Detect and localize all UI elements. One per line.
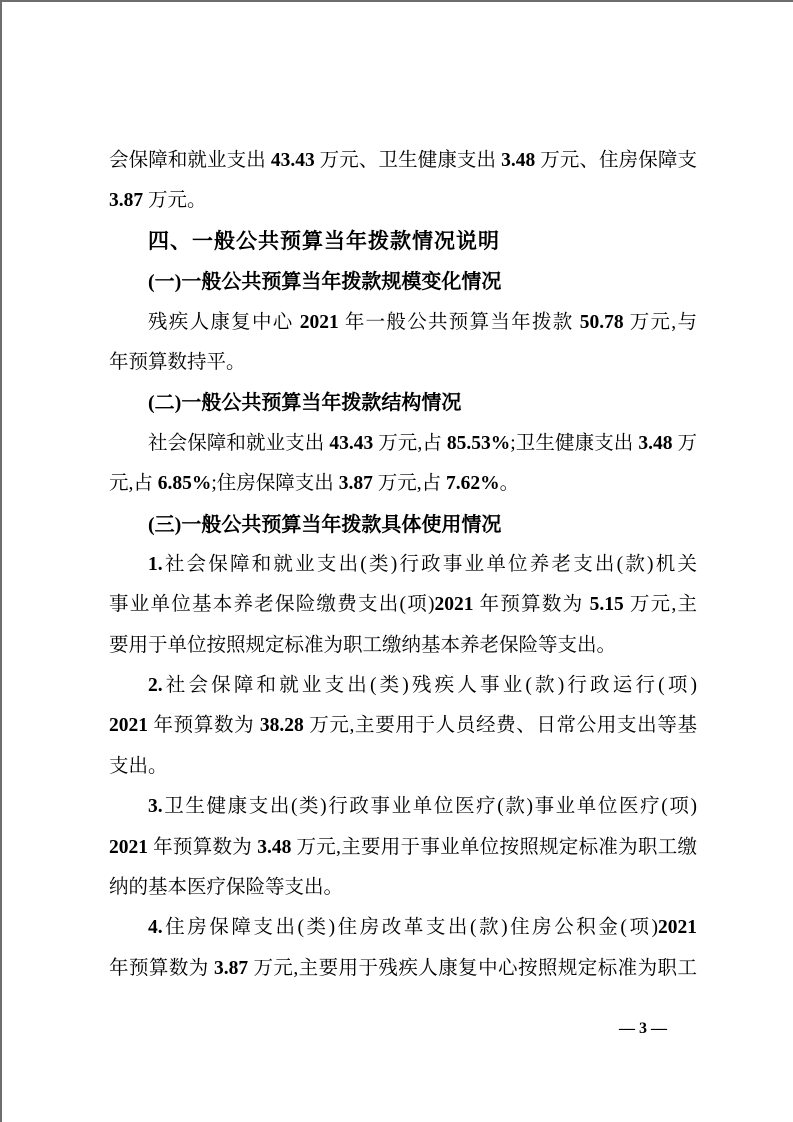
text-line: 2021 年预算数为 38.28 万元,主要用于人员经费、日常公用支出等基本 (109, 706, 697, 746)
text-line: 4.住房保障支出(类)住房改革支出(款)住房公积金(项)2021 (109, 908, 697, 948)
numeric-value: 3.48 (638, 433, 672, 454)
numeric-value: 6.85% (158, 473, 212, 494)
numeric-value: 43.43 (271, 150, 315, 171)
numeric-value: 1. (148, 554, 163, 575)
numeric-value: 3.48 (501, 150, 535, 171)
text-line: 事业单位基本养老保险缴费支出(项)2021 年预算数为 5.15 万元,主 (109, 585, 697, 625)
numeric-value: 5.15 (590, 594, 624, 615)
text-line: 元,占 6.85%;住房保障支出 3.87 万元,占 7.62%。 (109, 464, 697, 504)
numeric-value: 3.87 (214, 958, 248, 979)
text-line: 年预算数为 3.87 万元,主要用于残疾人康复中心按照规定标准为职工 (109, 949, 697, 989)
text-line: 1.社会保障和就业支出(类)行政事业单位养老支出(款)机关 (109, 545, 697, 585)
numeric-value: 2021 (435, 594, 474, 615)
numeric-value: 43.43 (329, 433, 373, 454)
document-body: 会保障和就业支出 43.43 万元、卫生健康支出 3.48 万元、住房保障支出3… (109, 141, 697, 989)
text-line: 残疾人康复中心 2021 年一般公共预算当年拨款 50.78 万元,与 2020 (109, 303, 697, 343)
page-number: — 3 — (614, 1015, 672, 1043)
numeric-value: 4. (148, 917, 163, 938)
numeric-value: 3. (148, 796, 163, 817)
text-line: 支出。 (109, 747, 697, 787)
numeric-value: 7.62% (446, 473, 500, 494)
text-line: 2021 年预算数为 3.48 万元,主要用于事业单位按照规定标准为职工缴 (109, 828, 697, 868)
heading1-line: 四、一般公共预算当年拨款情况说明 (109, 222, 697, 262)
numeric-value: 3.87 (109, 190, 143, 211)
text-line: 3.87 万元。 (109, 181, 697, 221)
numeric-value: 2021 (658, 917, 697, 938)
text-line: 2.社会保障和就业支出(类)残疾人事业(款)行政运行(项) (109, 666, 697, 706)
text-line: 纳的基本医疗保险等支出。 (109, 868, 697, 908)
numeric-value: 50.78 (580, 312, 624, 333)
text-line: 3.卫生健康支出(类)行政事业单位医疗(款)事业单位医疗(项) (109, 787, 697, 827)
numeric-value: 2021 (300, 312, 339, 333)
heading2-line: (一)一般公共预算当年拨款规模变化情况 (109, 262, 697, 302)
heading2-line: (三)一般公共预算当年拨款具体使用情况 (109, 505, 697, 545)
text-line: 要用于单位按照规定标准为职工缴纳基本养老保险等支出。 (109, 626, 697, 666)
numeric-value: 2021 (109, 715, 148, 736)
numeric-value: 3.87 (339, 473, 373, 494)
numeric-value: 3.48 (257, 837, 291, 858)
text-line: 年预算数持平。 (109, 343, 697, 383)
document-page: 会保障和就业支出 43.43 万元、卫生健康支出 3.48 万元、住房保障支出3… (0, 0, 793, 1122)
numeric-value: 2021 (109, 837, 148, 858)
numeric-value: 38.28 (260, 715, 304, 736)
numeric-value: 85.53% (447, 433, 510, 454)
text-line: 社会保障和就业支出 43.43 万元,占 85.53%;卫生健康支出 3.48 … (109, 424, 697, 464)
numeric-value: 2. (148, 675, 163, 696)
text-line: 会保障和就业支出 43.43 万元、卫生健康支出 3.48 万元、住房保障支出 (109, 141, 697, 181)
heading2-line: (二)一般公共预算当年拨款结构情况 (109, 383, 697, 423)
